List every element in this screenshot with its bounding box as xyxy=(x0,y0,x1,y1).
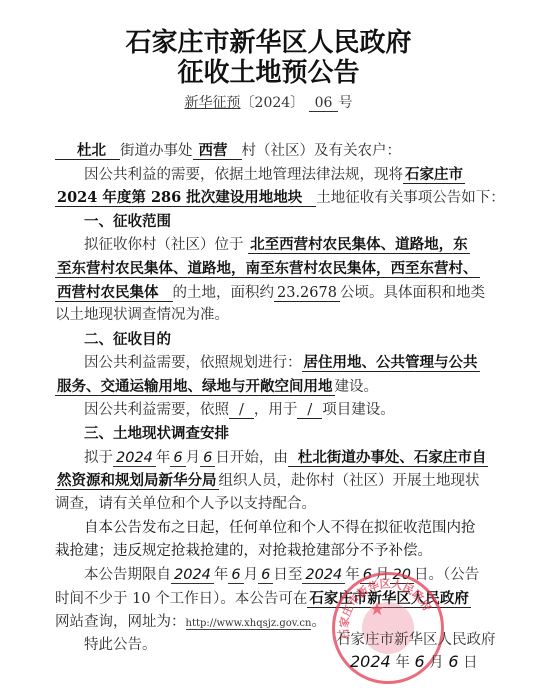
period-from-month: 6 xyxy=(228,567,243,584)
url-end: 。 xyxy=(311,614,326,630)
project-name-part1: 石家庄市 xyxy=(403,166,465,184)
year-label: 年 xyxy=(214,567,229,583)
intro-line: 因公共利益的需要，依据土地管理法律法规，现将石家庄市 xyxy=(55,163,492,187)
survey-by: 日开始，由 xyxy=(215,450,288,466)
period-label: 本公告期限自 xyxy=(84,567,171,583)
intro-line-2: 2024 年度第 286 批次建设用地地块土地征收有关事项公告如下： xyxy=(55,186,492,210)
signature-day: 6 xyxy=(448,652,458,671)
area-value: 23.2678 xyxy=(274,285,340,302)
scope-boundary-2: 至东营村农民集体、道路地，南至东营村农民集体，西至东营村、 xyxy=(55,260,480,278)
scope-intro: 拟征收你村（社区）位于 xyxy=(84,237,244,253)
purpose-value-1: 居住用地、公共管理与公共 xyxy=(302,354,480,372)
intro-text-2: 土地征收有关事项公告如下： xyxy=(316,190,505,206)
project-value: / xyxy=(297,402,322,419)
period-from-day: 6 xyxy=(258,567,273,584)
area-unit: 公顷。具体面积和地类 xyxy=(340,285,485,301)
sig-month-label: 月 xyxy=(429,655,444,671)
scope-line-3: 西营村农民集体的土地，面积约23.2678公顷。具体面积和地类 xyxy=(55,281,492,305)
basis-value: / xyxy=(229,402,254,419)
section-3-heading: 三、土地现状调查安排 xyxy=(55,422,492,446)
signature-year: 2024 xyxy=(350,652,391,671)
survey-org-1: 杜北街道办事处、石家庄市自 xyxy=(288,449,489,467)
section-1-heading: 一、征收范围 xyxy=(55,210,492,234)
purpose-value-2: 服务、交通运输用地、绿地与开敞空间用地 xyxy=(55,378,335,396)
scope-boundary-1: 北至西营村农民集体、道路地，东 xyxy=(248,236,470,254)
survey-start-year: 2024 xyxy=(113,450,156,467)
doc-number-value: 06 xyxy=(309,95,339,112)
purpose-end: 建设。 xyxy=(335,379,379,395)
addressee-line: 杜北街道办事处西营村（社区）及有关农户： xyxy=(55,139,492,163)
signature-date: 2024 年 6 月 6 日 xyxy=(350,651,478,672)
survey-line-1: 拟于2024年6月6日开始，由杜北街道办事处、石家庄市自 xyxy=(55,446,492,470)
scope-boundary-3: 西营村农民集体 xyxy=(55,284,173,302)
purpose-line-2: 服务、交通运输用地、绿地与开敞空间用地建设。 xyxy=(55,375,492,399)
notice-line-2: 栽抢建；违反规定抢栽抢建的，对抢栽抢建部分不予补偿。 xyxy=(55,540,492,564)
doc-suffix: 号 xyxy=(338,95,352,111)
survey-line-3: 调查，请有关单位和个人予以支持配合。 xyxy=(55,493,492,517)
url-label: 网站查询，网址为： xyxy=(55,614,186,630)
scope-line-2: 至东营村农民集体、道路地，南至东营村农民集体，西至东营村、 xyxy=(55,257,492,281)
purpose-intro: 因公共利益需要，依照规划进行： xyxy=(84,355,302,371)
basis-label: 因公共利益需要，依照 xyxy=(84,402,229,418)
month-label: 月 xyxy=(244,567,259,583)
sig-year-label: 年 xyxy=(395,655,410,671)
to-label: 日至 xyxy=(273,567,302,583)
survey-text: 组织人员，赴你村（社区）开展土地现状 xyxy=(219,473,480,489)
period-from-year: 2024 xyxy=(171,567,214,584)
section-2-heading: 二、征收目的 xyxy=(55,328,492,352)
survey-intro: 拟于 xyxy=(84,450,113,466)
purpose-line-3: 因公共利益需要，依照/，用于/项目建设。 xyxy=(55,399,492,423)
document-number: 新华征预〔2024〕 06号 xyxy=(0,92,537,112)
notice-line-1: 自本公告发布之日起，任何单位和个人不得在拟征收范围内抢 xyxy=(55,517,492,541)
star-icon: ★ xyxy=(369,599,385,620)
doc-year: 〔2024〕 xyxy=(241,95,305,111)
scope-line-4: 以土地现状调查情况为准。 xyxy=(55,304,492,328)
site-intro: 时间不少于 10 个工作日）。本公告可在 xyxy=(55,591,307,607)
intro-text: 因公共利益的需要，依据土地管理法律法规，现将 xyxy=(84,167,403,183)
signature-org: 石家庄市新华区人民政府 xyxy=(336,628,496,649)
street-name: 杜北 xyxy=(55,142,120,160)
project-end: 项目建设。 xyxy=(322,402,395,418)
month-label: 月 xyxy=(186,450,201,466)
village-label: 村（社区）及有关农户： xyxy=(242,143,402,159)
page-subtitle: 征收土地预公告 xyxy=(0,58,537,88)
survey-line-2: 然资源和规划局新华分局组织人员，赴你村（社区）开展土地现状 xyxy=(55,469,492,493)
doc-prefix: 新华征预 xyxy=(185,95,241,111)
street-label: 街道办事处 xyxy=(120,143,193,159)
signature-month: 6 xyxy=(414,652,424,671)
survey-org-2: 然资源和规划局新华分局 xyxy=(55,472,219,490)
page-title: 石家庄市新华区人民政府 xyxy=(0,28,537,58)
year-label: 年 xyxy=(156,450,171,466)
scope-line-1: 拟征收你村（社区）位于 北至西营村农民集体、道路地，东 xyxy=(55,233,492,257)
village-name: 西营 xyxy=(193,142,242,160)
purpose-line-1: 因公共利益需要，依照规划进行：居住用地、公共管理与公共 xyxy=(55,351,492,375)
project-name-part2: 2024 年度第 286 批次建设用地地块 xyxy=(55,189,316,207)
website-link[interactable]: http://www.xhqsjz.gov.cn xyxy=(186,618,312,630)
survey-start-month: 6 xyxy=(170,450,185,467)
survey-start-day: 6 xyxy=(200,450,215,467)
project-label: ，用于 xyxy=(254,402,298,418)
sig-day-label: 日 xyxy=(463,655,478,671)
area-label: 的土地，面积约 xyxy=(173,285,275,301)
